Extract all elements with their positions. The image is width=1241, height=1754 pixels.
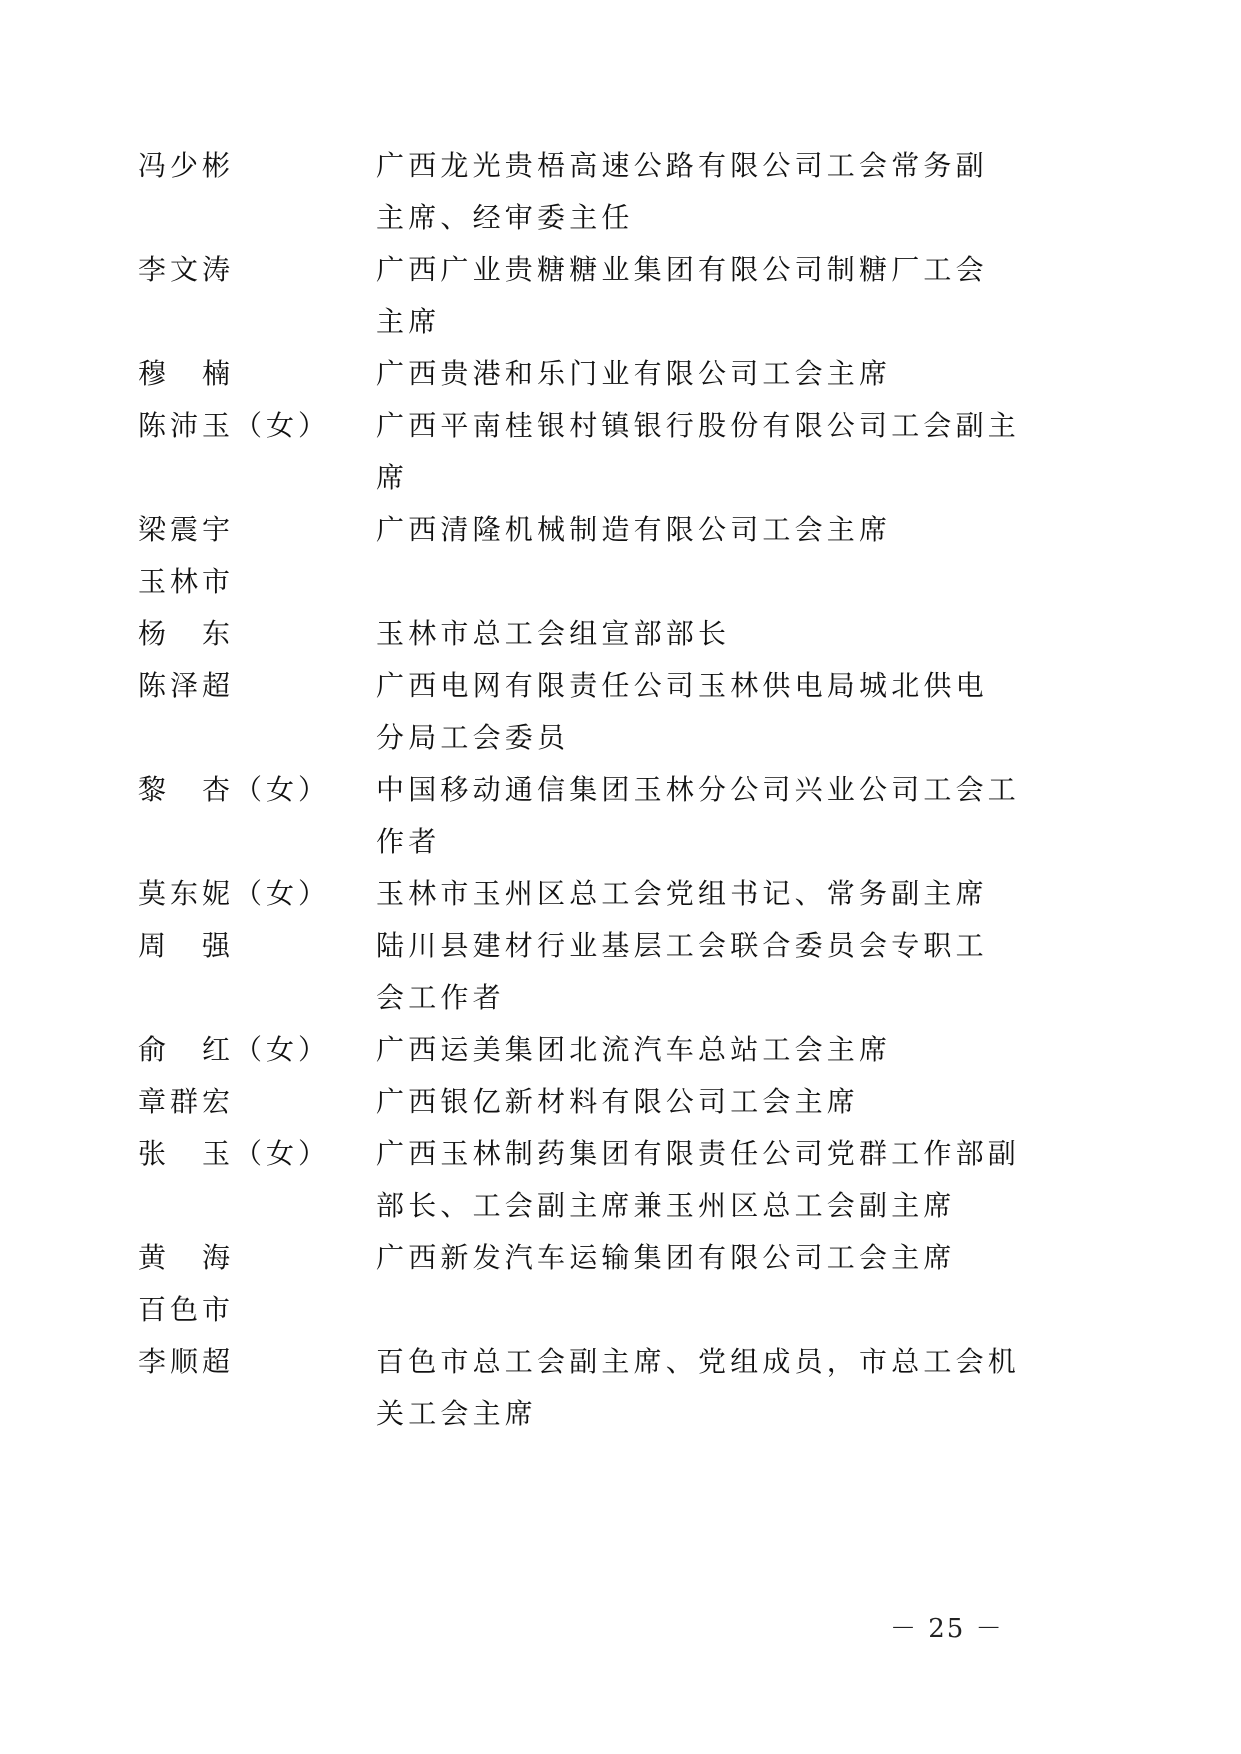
role-line: 广西清隆机械制造有限公司工会主席: [376, 504, 1098, 556]
member-role: 广西贵港和乐门业有限公司工会主席: [376, 348, 1098, 400]
role-line: 玉林市玉州区总工会党组书记、常务副主席: [376, 868, 1098, 920]
role-line: 陆川县建材行业基层工会联合委员会专职工: [376, 920, 1098, 972]
member-name: 杨 东: [138, 608, 376, 660]
member-name: 黄 海: [138, 1232, 376, 1284]
member-row: 穆 楠 广西贵港和乐门业有限公司工会主席: [138, 348, 1098, 400]
region-heading-row: 百色市: [138, 1284, 1098, 1336]
member-role: 广西平南桂银村镇银行股份有限公司工会副主 席: [376, 400, 1098, 504]
member-name: 莫东妮（女）: [138, 868, 376, 920]
member-role: 中国移动通信集团玉林分公司兴业公司工会工 作者: [376, 764, 1098, 868]
member-row: 李顺超 百色市总工会副主席、党组成员，市总工会机 关工会主席: [138, 1336, 1098, 1440]
member-role: 广西玉林制药集团有限责任公司党群工作部副 部长、工会副主席兼玉州区总工会副主席: [376, 1128, 1098, 1232]
role-line: 关工会主席: [376, 1388, 1098, 1440]
member-name: 俞 红（女）: [138, 1024, 376, 1076]
member-row: 陈沛玉（女） 广西平南桂银村镇银行股份有限公司工会副主 席: [138, 400, 1098, 504]
role-line: 主席: [376, 296, 1098, 348]
member-row: 陈泽超 广西电网有限责任公司玉林供电局城北供电 分局工会委员: [138, 660, 1098, 764]
document-page: 冯少彬 广西龙光贵梧高速公路有限公司工会常务副 主席、经审委主任 李文涛 广西广…: [0, 0, 1241, 1754]
role-line: 广西龙光贵梧高速公路有限公司工会常务副: [376, 140, 1098, 192]
role-line: 中国移动通信集团玉林分公司兴业公司工会工: [376, 764, 1098, 816]
role-line: 广西广业贵糖糖业集团有限公司制糖厂工会: [376, 244, 1098, 296]
role-line: 广西新发汽车运输集团有限公司工会主席: [376, 1232, 1098, 1284]
member-row: 杨 东 玉林市总工会组宣部部长: [138, 608, 1098, 660]
role-line: 席: [376, 452, 1098, 504]
role-line: 部长、工会副主席兼玉州区总工会副主席: [376, 1180, 1098, 1232]
region-heading: 玉林市: [138, 556, 234, 608]
role-line: 广西玉林制药集团有限责任公司党群工作部副: [376, 1128, 1098, 1180]
member-role: 广西龙光贵梧高速公路有限公司工会常务副 主席、经审委主任: [376, 140, 1098, 244]
member-role: 玉林市玉州区总工会党组书记、常务副主席: [376, 868, 1098, 920]
role-line: 会工作者: [376, 972, 1098, 1024]
member-name: 李顺超: [138, 1336, 376, 1388]
member-role: 玉林市总工会组宣部部长: [376, 608, 1098, 660]
member-row: 冯少彬 广西龙光贵梧高速公路有限公司工会常务副 主席、经审委主任: [138, 140, 1098, 244]
member-name: 陈沛玉（女）: [138, 400, 376, 452]
member-name: 章群宏: [138, 1076, 376, 1128]
role-line: 主席、经审委主任: [376, 192, 1098, 244]
member-name: 陈泽超: [138, 660, 376, 712]
member-list: 冯少彬 广西龙光贵梧高速公路有限公司工会常务副 主席、经审委主任 李文涛 广西广…: [138, 140, 1098, 1440]
member-role: 广西银亿新材料有限公司工会主席: [376, 1076, 1098, 1128]
member-role: 广西新发汽车运输集团有限公司工会主席: [376, 1232, 1098, 1284]
member-name: 黎 杏（女）: [138, 764, 376, 816]
member-row: 周 强 陆川县建材行业基层工会联合委员会专职工 会工作者: [138, 920, 1098, 1024]
member-row: 梁震宇 广西清隆机械制造有限公司工会主席: [138, 504, 1098, 556]
role-line: 广西电网有限责任公司玉林供电局城北供电: [376, 660, 1098, 712]
member-role: 广西电网有限责任公司玉林供电局城北供电 分局工会委员: [376, 660, 1098, 764]
member-name: 周 强: [138, 920, 376, 972]
role-line: 作者: [376, 816, 1098, 868]
member-name: 张 玉（女）: [138, 1128, 376, 1180]
member-name: 梁震宇: [138, 504, 376, 556]
role-line: 广西贵港和乐门业有限公司工会主席: [376, 348, 1098, 400]
member-role: 百色市总工会副主席、党组成员，市总工会机 关工会主席: [376, 1336, 1098, 1440]
member-name: 李文涛: [138, 244, 376, 296]
region-heading-row: 玉林市: [138, 556, 1098, 608]
member-row: 张 玉（女） 广西玉林制药集团有限责任公司党群工作部副 部长、工会副主席兼玉州区…: [138, 1128, 1098, 1232]
member-row: 俞 红（女） 广西运美集团北流汽车总站工会主席: [138, 1024, 1098, 1076]
role-line: 广西平南桂银村镇银行股份有限公司工会副主: [376, 400, 1098, 452]
member-role: 广西广业贵糖糖业集团有限公司制糖厂工会 主席: [376, 244, 1098, 348]
member-row: 莫东妮（女） 玉林市玉州区总工会党组书记、常务副主席: [138, 868, 1098, 920]
member-role: 广西运美集团北流汽车总站工会主席: [376, 1024, 1098, 1076]
role-line: 广西银亿新材料有限公司工会主席: [376, 1076, 1098, 1128]
role-line: 百色市总工会副主席、党组成员，市总工会机: [376, 1336, 1098, 1388]
member-name: 冯少彬: [138, 140, 376, 192]
role-line: 分局工会委员: [376, 712, 1098, 764]
member-row: 黄 海 广西新发汽车运输集团有限公司工会主席: [138, 1232, 1098, 1284]
region-heading: 百色市: [138, 1284, 234, 1336]
member-name: 穆 楠: [138, 348, 376, 400]
member-role: 广西清隆机械制造有限公司工会主席: [376, 504, 1098, 556]
member-row: 章群宏 广西银亿新材料有限公司工会主席: [138, 1076, 1098, 1128]
role-line: 玉林市总工会组宣部部长: [376, 608, 1098, 660]
member-role: 陆川县建材行业基层工会联合委员会专职工 会工作者: [376, 920, 1098, 1024]
member-row: 李文涛 广西广业贵糖糖业集团有限公司制糖厂工会 主席: [138, 244, 1098, 348]
member-row: 黎 杏（女） 中国移动通信集团玉林分公司兴业公司工会工 作者: [138, 764, 1098, 868]
role-line: 广西运美集团北流汽车总站工会主席: [376, 1024, 1098, 1076]
page-number: － 25 －: [890, 1608, 1004, 1645]
